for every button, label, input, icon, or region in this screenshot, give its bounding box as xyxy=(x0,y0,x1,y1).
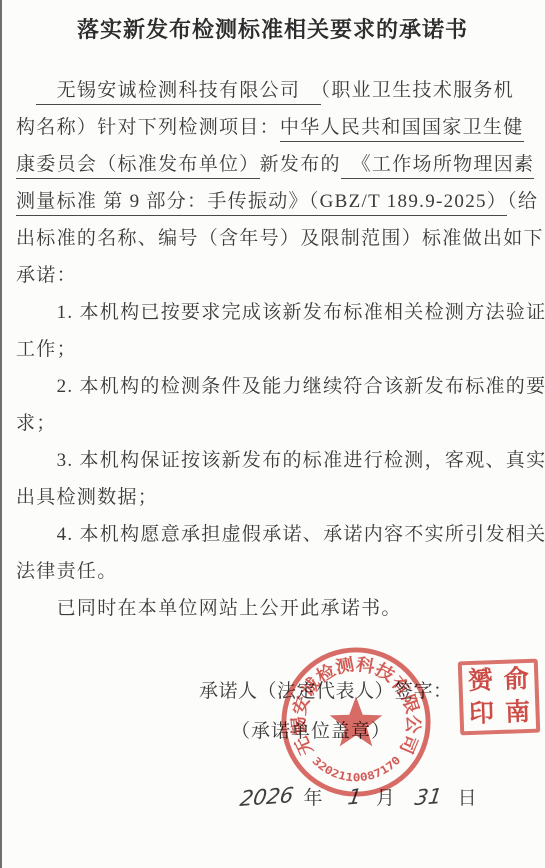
date-month-handwritten: 1 xyxy=(347,784,364,809)
body-line: 康委员会（标准发布单位）新发布的 《工作场所物理因素 xyxy=(16,146,535,183)
date-month-unit: 月 xyxy=(376,783,395,810)
body-line: 出标准的名称、编号（含年号）及限制范围）标准做出如下 xyxy=(16,220,535,257)
date-year-handwritten: 2026 xyxy=(238,783,295,811)
date-line: 2026年1月31日 xyxy=(240,783,477,810)
body-line: 出具检测数据； xyxy=(16,479,535,516)
personal-seal-char-tl: 赟 xyxy=(467,668,493,694)
personal-seal-char-tr: 俞 xyxy=(503,667,529,693)
svg-text:3202110087170: 3202110087170 xyxy=(310,754,404,785)
printed-text: （给 xyxy=(507,191,538,212)
filled-in-text: 无锡安诚检测科技有限公司 xyxy=(36,80,320,105)
filled-in-text: 中华人民共和国国家卫生健 xyxy=(280,117,524,142)
printed-text: 已同时在本单位网站上公开此承诺书。 xyxy=(16,598,402,619)
body-line: 1. 本机构已按要求完成该新发布标准相关检测方法验证 xyxy=(16,294,535,331)
printed-text: 出具检测数据； xyxy=(16,487,158,508)
body-line: 测量标准 第 9 部分：手传振动》（GBZ/T 189.9-2025）（给 xyxy=(16,183,535,220)
printed-text: 3. 本机构保证按该新发布的标准进行检测，客观、真实 xyxy=(16,450,545,471)
printed-text: 求； xyxy=(16,413,57,434)
unit-seal-label: （承诺单位盖章） xyxy=(231,716,391,743)
body-line: 构名称）针对下列检测项目：中华人民共和国国家卫生健 xyxy=(16,109,535,146)
printed-text: 承诺： xyxy=(16,265,77,286)
body-line: 法律责任。 xyxy=(16,553,535,590)
body-line: 3. 本机构保证按该新发布的标准进行检测，客观、真实 xyxy=(16,442,535,479)
printed-text: 构名称）针对下列检测项目： xyxy=(16,117,280,138)
printed-text: 新发布的 xyxy=(260,154,341,175)
seal-registration-number: 3202110087170 xyxy=(310,754,404,785)
signer-signature-label: 承诺人（法定代表人）签字： xyxy=(199,676,453,703)
printed-text: 工作； xyxy=(16,339,77,360)
printed-text: 4. 本机构愿意承担虚假承诺、承诺内容不实所引发相关 xyxy=(16,524,545,545)
personal-seal-char-bl: 印 xyxy=(469,701,495,727)
filled-in-text: 测量标准 第 9 部分：手传振动》（GBZ/T 189.9-2025） xyxy=(16,191,507,216)
date-day-handwritten: 31 xyxy=(413,784,443,810)
body-line: 承诺： xyxy=(16,257,535,294)
body-line: 4. 本机构愿意承担虚假承诺、承诺内容不实所引发相关 xyxy=(16,516,535,553)
body-line: 求； xyxy=(16,405,535,442)
printed-text: 1. 本机构已按要求完成该新发布标准相关检测方法验证 xyxy=(16,302,545,323)
printed-text: 法律责任。 xyxy=(16,561,118,582)
body-line: 无锡安诚检测科技有限公司 （职业卫生技术服务机 xyxy=(16,72,535,109)
filled-in-text: 康委员会（标准发布单位） xyxy=(16,154,260,179)
body-line: 已同时在本单位网站上公开此承诺书。 xyxy=(16,590,535,627)
personal-seal-char-br: 南 xyxy=(505,700,531,726)
personal-name-seal: 赟 俞 印 南 xyxy=(458,659,541,736)
document-title: 落实新发布检测标准相关要求的承诺书 xyxy=(0,13,545,44)
date-year-unit: 年 xyxy=(303,783,322,810)
filled-in-text: 《工作场所物理因素 xyxy=(341,154,535,179)
body-line: 2. 本机构的检测条件及能力继续符合该新发布标准的要 xyxy=(16,368,535,405)
printed-text: （职业卫生技术服务机 xyxy=(321,80,515,101)
date-day-unit: 日 xyxy=(458,783,477,810)
document-body: 无锡安诚检测科技有限公司 （职业卫生技术服务机构名称）针对下列检测项目：中华人民… xyxy=(16,72,535,627)
body-line: 工作； xyxy=(16,331,535,368)
printed-text xyxy=(16,80,36,101)
printed-text: 出标准的名称、编号（含年号）及限制范围）标准做出如下 xyxy=(16,228,544,249)
printed-text: 2. 本机构的检测条件及能力继续符合该新发布标准的要 xyxy=(16,376,545,397)
commitment-letter-document: 落实新发布检测标准相关要求的承诺书 无锡安诚检测科技有限公司 （职业卫生技术服务… xyxy=(0,0,545,868)
scan-edge-artifact xyxy=(0,0,2,868)
